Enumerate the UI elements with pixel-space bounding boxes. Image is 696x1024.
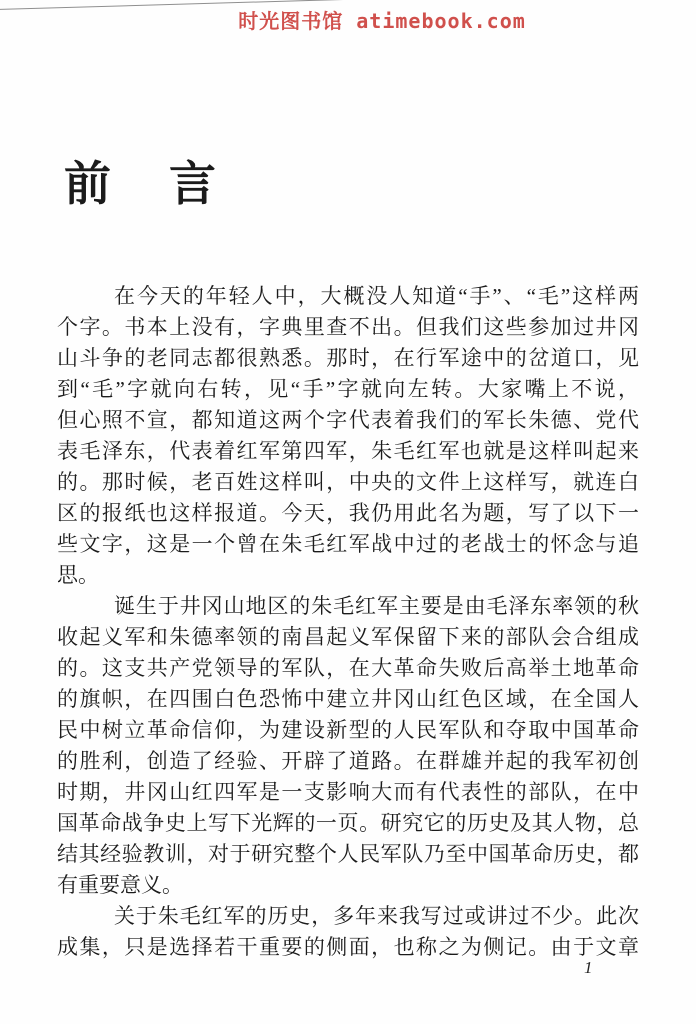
- text-line: 个字。书本上没有，字典里查不出。但我们这些参加过井冈: [57, 312, 639, 343]
- text-line: 收起义军和朱德率领的南昌起义军保留下来的部队会合组成: [57, 622, 639, 653]
- text-line: 但心照不宣，都知道这两个字代表着我们的军长朱德、党代: [57, 405, 639, 436]
- page-title: 前言: [64, 160, 216, 212]
- text-line: 的。那时候，老百姓这样叫，中央的文件上这样写，就连白: [57, 467, 639, 498]
- preface-body: 在今天的年轻人中，大概没人知道“手”、“毛”这样两个字。书本上没有，字典里查不出…: [57, 281, 639, 963]
- text-line: 思。: [57, 560, 639, 591]
- text-line: 时期，井冈山红四军是一支影响大而有代表性的部队，在中: [57, 777, 639, 808]
- text-line: 诞生于井冈山地区的朱毛红军主要是由毛泽东率领的秋: [57, 591, 639, 622]
- text-line: 山斗争的老同志都很熟悉。那时，在行军途中的岔道口，见: [57, 343, 639, 374]
- paragraph-3: 关于朱毛红军的历史，多年来我写过或讲过不少。此次成集，只是选择若干重要的侧面，也…: [57, 901, 639, 963]
- text-line: 国革命战争史上写下光辉的一页。研究它的历史及其人物，总: [57, 808, 639, 839]
- text-line: 关于朱毛红军的历史，多年来我写过或讲过不少。此次: [57, 901, 639, 932]
- text-line: 到“毛”字就向右转，见“手”字就向左转。大家嘴上不说，: [57, 374, 639, 405]
- paragraph-2: 诞生于井冈山地区的朱毛红军主要是由毛泽东率领的秋收起义军和朱德率领的南昌起义军保…: [57, 591, 639, 901]
- text-line: 些文字，这是一个曾在朱毛红军战中过的老战士的怀念与追: [57, 529, 639, 560]
- text-line: 有重要意义。: [57, 870, 639, 901]
- paragraph-1: 在今天的年轻人中，大概没人知道“手”、“毛”这样两个字。书本上没有，字典里查不出…: [57, 281, 639, 591]
- text-line: 的旗帜，在四围白色恐怖中建立井冈山红色区域，在全国人: [57, 684, 639, 715]
- text-line: 结其经验教训，对于研究整个人民军队乃至中国革命历史，都: [57, 839, 639, 870]
- text-line: 成集，只是选择若干重要的侧面，也称之为侧记。由于文章: [57, 932, 639, 963]
- page-number: 1: [584, 958, 593, 978]
- text-line: 表毛泽东，代表着红军第四军，朱毛红军也就是这样叫起来: [57, 436, 639, 467]
- scanned-book-page: 时光图书馆 atimebook.com 前言 在今天的年轻人中，大概没人知道“手…: [0, 0, 696, 1024]
- watermark: 时光图书馆 atimebook.com: [34, 5, 696, 34]
- text-line: 的。这支共产党领导的军队，在大革命失败后高举土地革命: [57, 653, 639, 684]
- text-line: 区的报纸也这样报道。今天，我仍用此名为题，写了以下一: [57, 498, 639, 529]
- text-line: 民中树立革命信仰，为建设新型的人民军队和夺取中国革命: [57, 715, 639, 746]
- title-char-yan: 言: [169, 160, 216, 212]
- text-line: 在今天的年轻人中，大概没人知道“手”、“毛”这样两: [57, 281, 639, 312]
- title-char-qian: 前: [64, 160, 111, 212]
- text-line: 的胜利，创造了经验、开辟了道路。在群雄并起的我军初创: [57, 746, 639, 777]
